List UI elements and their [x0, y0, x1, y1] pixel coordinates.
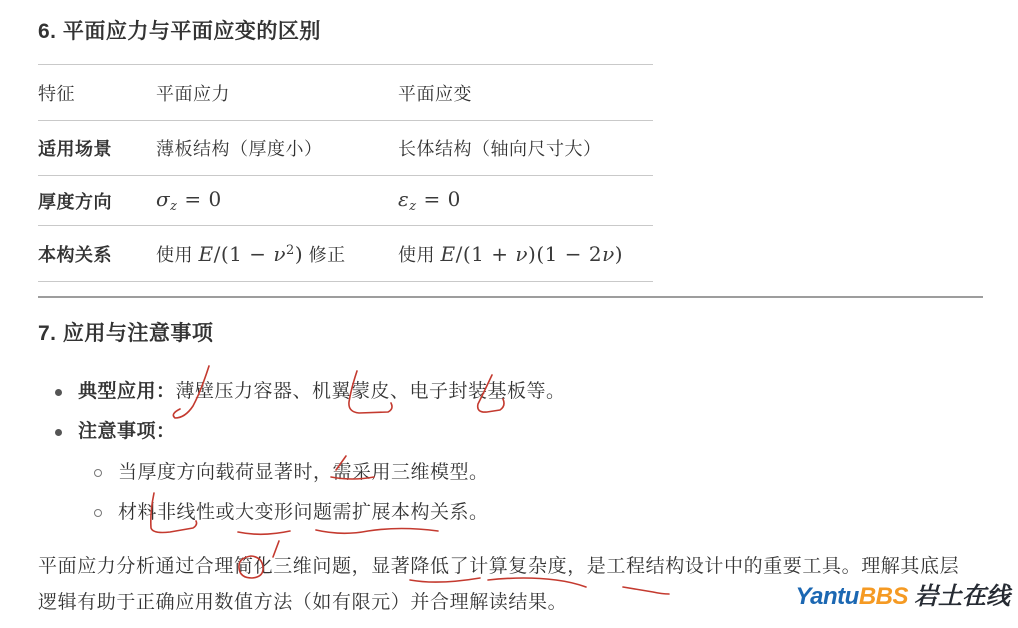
watermark-cn: 岩土在线: [914, 583, 1010, 610]
cell-plane-strain-formula: εz = 0: [398, 176, 653, 226]
cell-plane-strain-formula: 使用 E/(1 + ν)(1 − 2ν): [398, 226, 653, 282]
watermark-logo: YantuBBS岩土在线: [796, 583, 1010, 611]
table-row: 本构关系 使用 E/(1 − ν2) 修正 使用 E/(1 + ν)(1 − 2…: [38, 226, 653, 282]
row-label: 适用场景: [38, 121, 156, 176]
row-label: 本构关系: [38, 226, 156, 282]
table-header-plane-stress: 平面应力: [156, 65, 398, 121]
list-item: 注意事项：: [38, 412, 938, 452]
document-page: 6. 平面应力与平面应变的区别 特征 平面应力 平面应变 适用场景 薄板结构（厚…: [0, 0, 1018, 628]
table-row: 厚度方向 σz = 0 εz = 0: [38, 176, 653, 226]
comparison-table: 特征 平面应力 平面应变 适用场景 薄板结构（厚度小） 长体结构（轴向尺寸大） …: [38, 64, 653, 282]
table-row: 适用场景 薄板结构（厚度小） 长体结构（轴向尺寸大）: [38, 121, 653, 176]
cell-plane-strain: 长体结构（轴向尺寸大）: [398, 121, 653, 176]
table-header-feature: 特征: [38, 65, 156, 121]
section7-heading: 7. 应用与注意事项: [38, 320, 213, 348]
cell-plane-stress-formula: 使用 E/(1 − ν2) 修正: [156, 226, 398, 282]
watermark-bbs: BBS: [859, 583, 908, 610]
notes-sublist: 当厚度方向载荷显著时，需采用三维模型。 材料非线性或大变形问题需扩展本构关系。: [38, 453, 938, 533]
table-header-row: 特征 平面应力 平面应变: [38, 65, 653, 121]
watermark-yantu: Yantu: [796, 583, 859, 610]
row-label: 厚度方向: [38, 176, 156, 226]
list-item: 材料非线性或大变形问题需扩展本构关系。: [38, 493, 938, 533]
table-header-plane-strain: 平面应变: [398, 65, 653, 121]
applications-list: 典型应用：薄壁压力容器、机翼蒙皮、电子封装基板等。 注意事项：: [38, 372, 938, 452]
cell-plane-stress-formula: σz = 0: [156, 176, 398, 226]
cell-plane-stress: 薄板结构（厚度小）: [156, 121, 398, 176]
list-item: 典型应用：薄壁压力容器、机翼蒙皮、电子封装基板等。: [38, 372, 938, 412]
list-item: 当厚度方向载荷显著时，需采用三维模型。: [38, 453, 938, 493]
section6-heading: 6. 平面应力与平面应变的区别: [38, 18, 321, 46]
section-divider: [38, 296, 983, 298]
